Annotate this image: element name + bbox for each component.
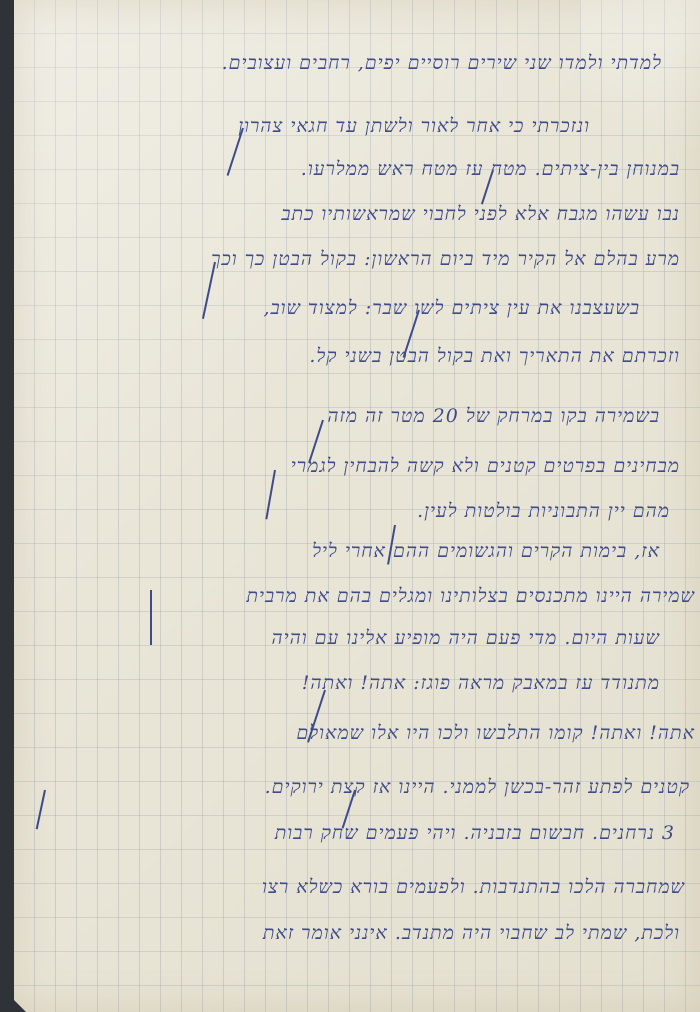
- handwritten-line: מרע בהלם אל הקיר מיד ביום הראשון: בקול ה…: [211, 248, 680, 271]
- ink-stroke: [202, 262, 216, 319]
- handwritten-line: מהם יין התבוניות בולטות לעין.: [417, 500, 670, 523]
- handwritten-line: למדתי ולמדו שני שירים רוסיים יפים, רחבים…: [222, 52, 662, 75]
- ink-stroke: [36, 790, 46, 830]
- handwritten-line: ולכת, שמתי לב שחבוי היה מתנדב. אינני אומ…: [263, 922, 680, 945]
- handwritten-line: שעות היום. מדי פעם היה מופיע אלינו עם וה…: [271, 627, 660, 650]
- handwritten-line: מתנודד עז במאבק מראה פוגז: אתה! ואתה!: [302, 672, 660, 695]
- handwritten-line: 3 נרחנים. חבשום בזבניה. ויהי פעמים שחק ר…: [275, 822, 675, 845]
- ink-stroke: [227, 128, 244, 176]
- handwritten-line: נבו עשהו מגבח אלא לפני לחבוי שמראשותיו כ…: [281, 203, 680, 226]
- handwritten-line: בשעצבנו את עין ציתים לשו שבר: למצוד שוב,: [263, 297, 640, 320]
- torn-corner: [0, 986, 26, 1012]
- letter-page: למדתי ולמדו שני שירים רוסיים יפים, רחבים…: [14, 0, 700, 1012]
- handwritten-line: קטנים לפתע זהר-בכשן לממני. היינו אז קצת …: [265, 776, 690, 799]
- ink-stroke: [150, 590, 152, 645]
- handwritten-line: שמחברה הלכו בהתנדבות. ולפעמים בורא כשלא …: [262, 876, 685, 899]
- handwritten-line: מבחינים בפרטים קטנים ולא קשה להבחין לגמר…: [291, 455, 680, 478]
- handwritten-line: שמירה היינו מתכנסים בצלותינו ומגלים בהם …: [246, 585, 695, 608]
- handwritten-line: אתה! ואתה! קומו התלבשו ולכו היו אלו שמאו…: [296, 722, 695, 745]
- handwritten-line: וזכרתם את התאריך ואת בקול הבטן בשני קל.: [309, 345, 680, 368]
- handwritten-line: ונזכרתי כי אחר לאור ולשתן עד חגאי צהרון: [238, 115, 590, 138]
- ink-stroke: [265, 470, 276, 520]
- handwritten-line: אז, בימות הקרים והגשומים ההם אחרי ליל: [312, 540, 660, 563]
- paper-fold-highlight: [580, 0, 700, 180]
- handwritten-line: בשמירה בקו במרחק של 20 מטר זה מזה: [327, 405, 660, 428]
